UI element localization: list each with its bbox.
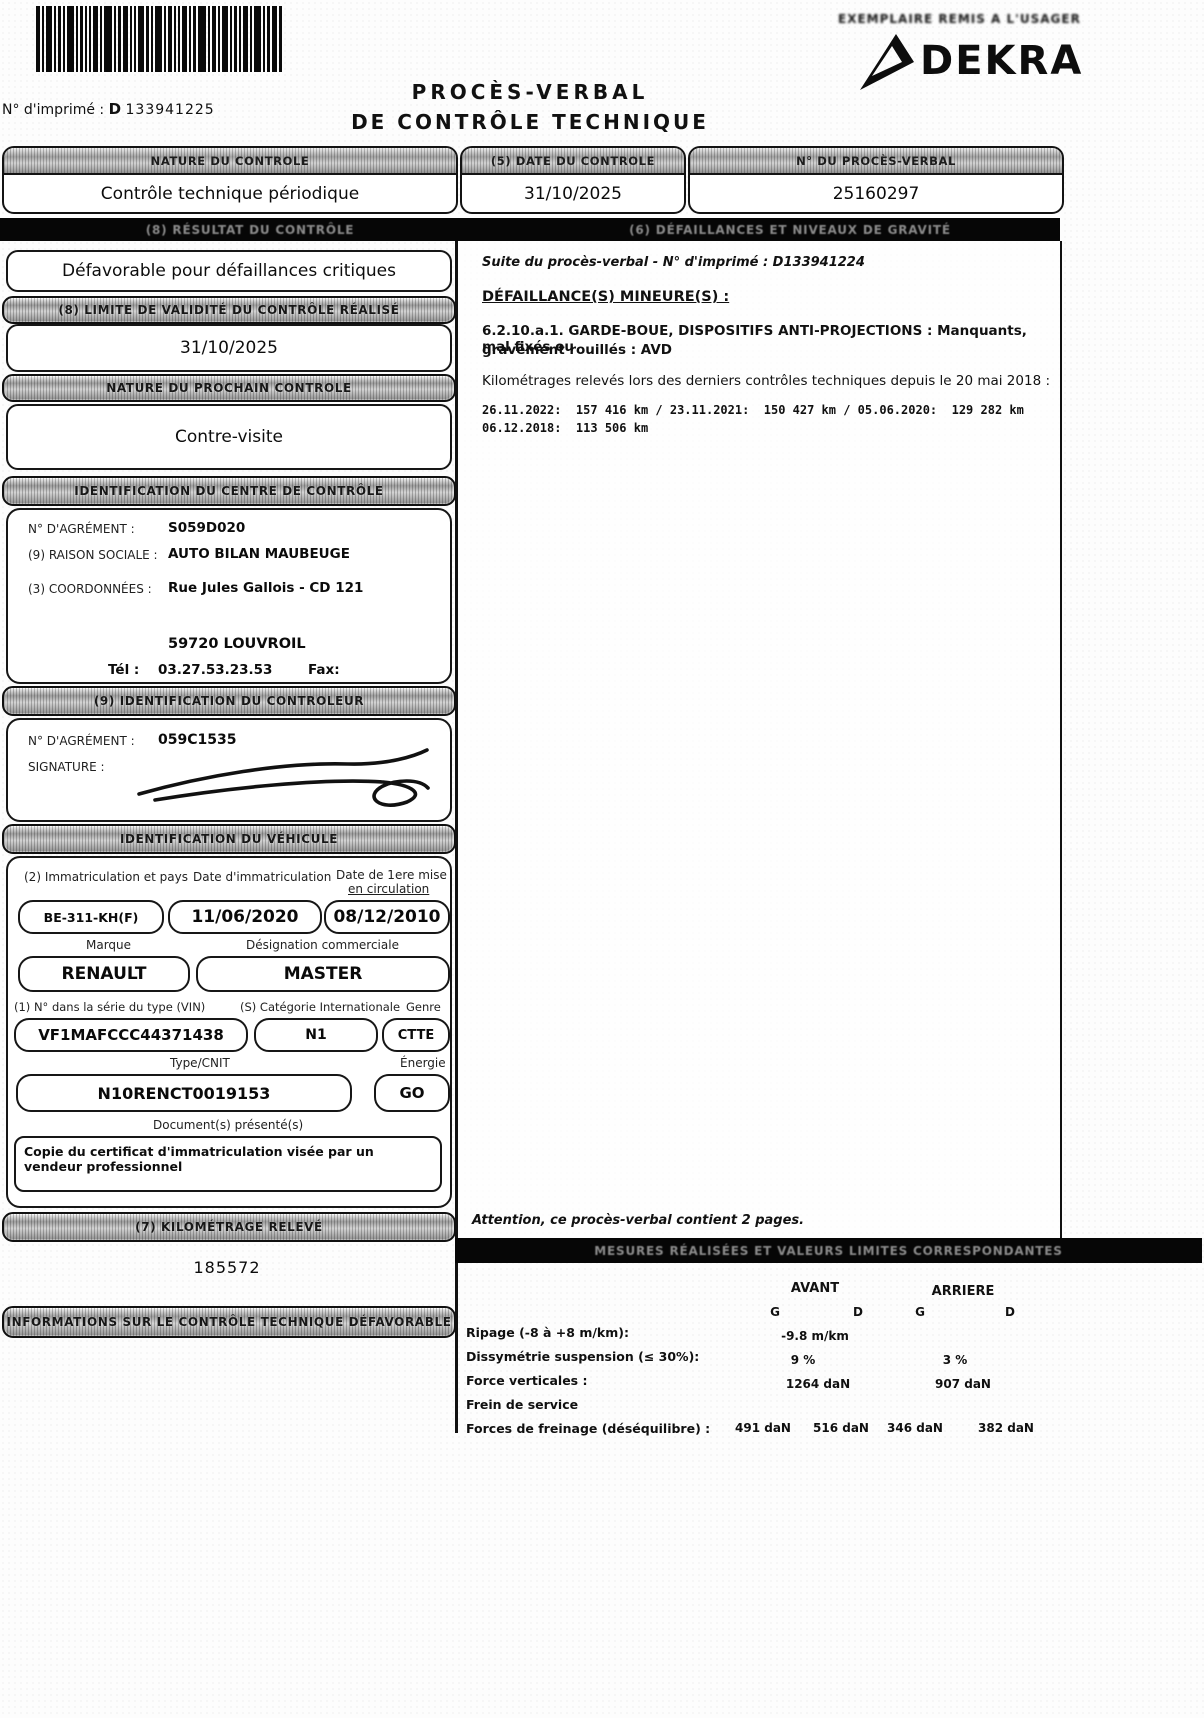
result-bar-right-label: (6) DÉFAILLANCES ET NIVEAUX DE GRAVITÉ [560, 223, 1020, 237]
date-controle-value: 31/10/2025 [462, 175, 684, 212]
measures-bar-label: MESURES RÉALISÉES ET VALEURS LIMITES COR… [594, 1244, 1062, 1258]
type-cnit-pill: N10RENCT0019153 [16, 1074, 352, 1112]
date-controle-box: (5) DATE DU CONTROLE 31/10/2025 [460, 146, 686, 214]
measure-row-label: Forces de freinage (déséquilibre) : [466, 1421, 710, 1436]
centre-agrement-label: N° D'AGRÉMENT : [28, 522, 135, 536]
validity-value-box: 31/10/2025 [6, 324, 452, 372]
measure-row-label: Dissymétrie suspension (≤ 30%): [466, 1349, 699, 1364]
immat-label: (2) Immatriculation et pays [24, 870, 188, 884]
genre-pill: CTTE [382, 1018, 450, 1052]
measure-freinage-arriere-d: 382 daN [978, 1421, 1034, 1435]
barcode [36, 6, 286, 72]
document-title-line1: PROCÈS-VERBAL [330, 80, 730, 104]
controleur-info-box: N° D'AGRÉMENT : 059C1535 SIGNATURE : [6, 718, 452, 822]
measures-bar: MESURES RÉALISÉES ET VALEURS LIMITES COR… [455, 1238, 1202, 1263]
measure-row-label: Ripage (-8 à +8 m/km): [466, 1325, 629, 1340]
immat-pill: BE-311-KH(F) [18, 900, 164, 934]
centre-agrement-value: S059D020 [168, 520, 245, 536]
energie-pill: GO [374, 1074, 450, 1112]
marque-label: Marque [86, 938, 131, 952]
scanned-inspection-report: EXEMPLAIRE REMIS A L'USAGER DEKRA N° d'i… [0, 0, 1204, 1718]
vehicule-info-box: (2) Immatriculation et pays Date d'immat… [6, 856, 452, 1208]
immat-date-label: Date d'immatriculation [193, 870, 331, 884]
print-number-prefix: D [109, 100, 121, 118]
measure-row-label: Force verticales : [466, 1373, 587, 1388]
attention-line: Attention, ce procès-verbal contient 2 p… [472, 1213, 804, 1228]
next-control-section-bar: NATURE DU PROCHAIN CONTROLE [2, 374, 456, 402]
designation-pill: MASTER [196, 956, 450, 992]
nature-controle-header: NATURE DU CONTROLE [4, 148, 456, 175]
defect-line2: gravement rouillés : AVD [482, 342, 1042, 358]
fax-label: Fax: [308, 662, 340, 678]
avant-d-header: D [853, 1305, 863, 1319]
km-history-line2: 06.12.2018: 113 506 km [482, 421, 648, 435]
vin-pill: VF1MAFCCC44371438 [14, 1018, 248, 1052]
measure-force-arriere: 907 daN [935, 1377, 991, 1391]
signature [133, 742, 433, 814]
measure-ripage-avant: -9.8 m/km [781, 1329, 849, 1343]
designation-label: Désignation commerciale [246, 938, 399, 952]
raison-sociale-value: AUTO BILAN MAUBEUGE [168, 546, 350, 562]
address-line2: 59720 LOUVROIL [168, 636, 306, 652]
result-bar-left-label: (8) RÉSULTAT DU CONTRÔLE [60, 223, 440, 237]
first-circ-pill: 08/12/2010 [324, 900, 450, 934]
measure-freinage-arriere-g: 346 daN [887, 1421, 943, 1435]
signature-label: SIGNATURE : [28, 760, 105, 774]
documents-box: Copie du certificat d'immatriculation vi… [14, 1136, 442, 1192]
date-controle-header: (5) DATE DU CONTROLE [462, 148, 684, 175]
vin-label: (1) N° dans la série du type (VIN) [14, 1000, 205, 1014]
tel-label: Tél : [108, 662, 139, 678]
next-control-value-box: Contre-visite [6, 404, 452, 470]
dekra-arrow-icon [858, 32, 916, 94]
arriere-g-header: G [915, 1305, 925, 1319]
categorie-label: (S) Catégorie Internationale [240, 1000, 400, 1014]
tel-value: 03.27.53.23.53 [158, 662, 272, 678]
nature-controle-box: NATURE DU CONTROLE Contrôle technique pé… [2, 146, 458, 214]
centre-section-bar: IDENTIFICATION DU CENTRE DE CONTRÔLE [2, 476, 456, 506]
centre-info-box: N° D'AGRÉMENT : S059D020 (9) RAISON SOCI… [6, 508, 452, 684]
suite-line: Suite du procès-verbal - N° d'imprimé : … [482, 255, 865, 270]
measure-dissymetrie-avant: 9 % [791, 1353, 816, 1367]
measure-freinage-avant-g: 491 daN [735, 1421, 791, 1435]
dekra-wordmark: DEKRA [920, 38, 1083, 84]
document-title-line2: DE CONTRÔLE TECHNIQUE [330, 110, 730, 134]
kilometrage-value: 185572 [2, 1258, 452, 1277]
documents-label: Document(s) présenté(s) [153, 1118, 303, 1132]
measure-row-label: Frein de service [466, 1397, 578, 1412]
immat-date-pill: 11/06/2020 [168, 900, 322, 934]
arriere-d-header: D [1005, 1305, 1015, 1319]
print-number-label: N° d'imprimé : [2, 102, 104, 118]
energie-label: Énergie [400, 1056, 446, 1070]
validity-section-bar: (8) LIMITE DE VALIDITÉ DU CONTRÔLE RÉALI… [2, 296, 456, 324]
numero-pv-header: N° DU PROCÈS-VERBAL [690, 148, 1062, 175]
print-number-value: 133941225 [126, 102, 215, 118]
arriere-header: ARRIERE [932, 1284, 995, 1299]
minor-defects-title: DÉFAILLANCE(S) MINEURE(S) : [482, 289, 729, 305]
controleur-section-bar: (9) IDENTIFICATION DU CONTROLEUR [2, 686, 456, 716]
kilometrage-section-bar: (7) KILOMÉTRAGE RELEVÉ [2, 1212, 456, 1242]
vehicule-section-bar: IDENTIFICATION DU VÉHICULE [2, 824, 456, 854]
first-circ-label-1: Date de 1ere mise [336, 868, 447, 882]
categorie-pill: N1 [254, 1018, 378, 1052]
address-line1: Rue Jules Gallois - CD 121 [168, 580, 363, 596]
raison-sociale-label: (9) RAISON SOCIALE : [28, 548, 158, 562]
coordonnees-label: (3) COORDONNÉES : [28, 582, 152, 596]
km-history-line1: 26.11.2022: 157 416 km / 23.11.2021: 150… [482, 403, 1024, 417]
avant-g-header: G [770, 1305, 780, 1319]
nature-controle-value: Contrôle technique périodique [4, 175, 456, 212]
measure-force-avant: 1264 daN [786, 1377, 850, 1391]
dekra-logo: DEKRA [858, 30, 1078, 96]
first-circ-label-2: en circulation [348, 882, 429, 896]
type-cnit-label: Type/CNIT [170, 1056, 230, 1070]
controleur-agrement-label: N° D'AGRÉMENT : [28, 734, 135, 748]
avant-header: AVANT [791, 1281, 839, 1296]
measure-freinage-avant-d: 516 daN [813, 1421, 869, 1435]
defects-panel: Suite du procès-verbal - N° d'imprimé : … [455, 241, 1062, 1238]
marque-pill: RENAULT [18, 956, 190, 992]
measures-panel: AVANT ARRIERE G D G D Ripage (-8 à +8 m/… [455, 1263, 1204, 1433]
result-value-box: Défavorable pour défaillances critiques [6, 250, 452, 292]
measure-dissymetrie-arriere: 3 % [943, 1353, 968, 1367]
genre-label: Genre [406, 1000, 441, 1014]
numero-pv-box: N° DU PROCÈS-VERBAL 25160297 [688, 146, 1064, 214]
numero-pv-value: 25160297 [690, 175, 1062, 212]
info-defavorable-bar: INFORMATIONS SUR LE CONTRÔLE TECHNIQUE D… [2, 1306, 456, 1338]
km-history-intro: Kilométrages relevés lors des derniers c… [482, 373, 1052, 389]
print-number-line: N° d'imprimé : D 133941225 [2, 100, 215, 118]
result-defects-bar: (8) RÉSULTAT DU CONTRÔLE (6) DÉFAILLANCE… [0, 218, 1060, 241]
copy-notice: EXEMPLAIRE REMIS A L'USAGER [838, 12, 1098, 26]
